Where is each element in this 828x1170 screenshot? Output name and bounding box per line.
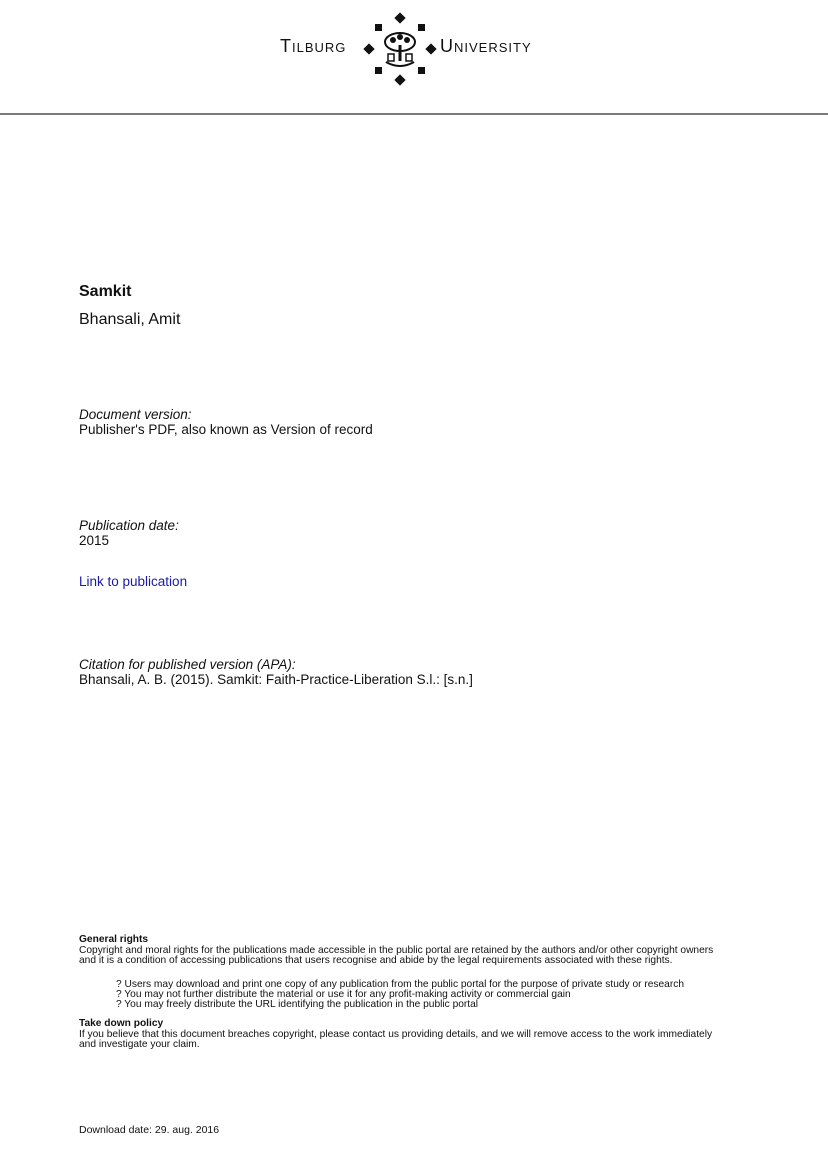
document-version-value: Publisher's PDF, also known as Version o… <box>79 422 373 437</box>
download-date: Download date: 29. aug. 2016 <box>79 1124 219 1136</box>
logo-text-tilburg: Tilburg <box>280 36 346 57</box>
document-title: Samkit <box>79 283 131 301</box>
general-rights-line: and it is a condition of accessing publi… <box>79 956 789 966</box>
header-divider <box>0 113 828 115</box>
general-rights-heading: General rights <box>79 935 148 945</box>
takedown-line: and investigate your claim. <box>79 1040 789 1050</box>
publication-date-value: 2015 <box>79 533 109 548</box>
takedown-heading: Take down policy <box>79 1019 163 1029</box>
tilburg-tree-emblem-icon <box>362 12 438 86</box>
document-version-label: Document version: <box>79 407 192 422</box>
takedown-text: If you believe that this document breach… <box>79 1030 789 1050</box>
logo-text-university: University <box>440 36 532 57</box>
publication-date-label: Publication date: <box>79 518 179 533</box>
rights-bullet-list: ? Users may download and print one copy … <box>116 980 684 1010</box>
rights-bullet: ? You may freely distribute the URL iden… <box>116 1000 684 1010</box>
link-to-publication[interactable]: Link to publication <box>79 574 187 589</box>
citation-label: Citation for published version (APA): <box>79 657 296 672</box>
citation-value: Bhansali, A. B. (2015). Samkit: Faith-Pr… <box>79 672 473 687</box>
document-author: Bhansali, Amit <box>79 311 180 329</box>
general-rights-text: Copyright and moral rights for the publi… <box>79 946 789 966</box>
